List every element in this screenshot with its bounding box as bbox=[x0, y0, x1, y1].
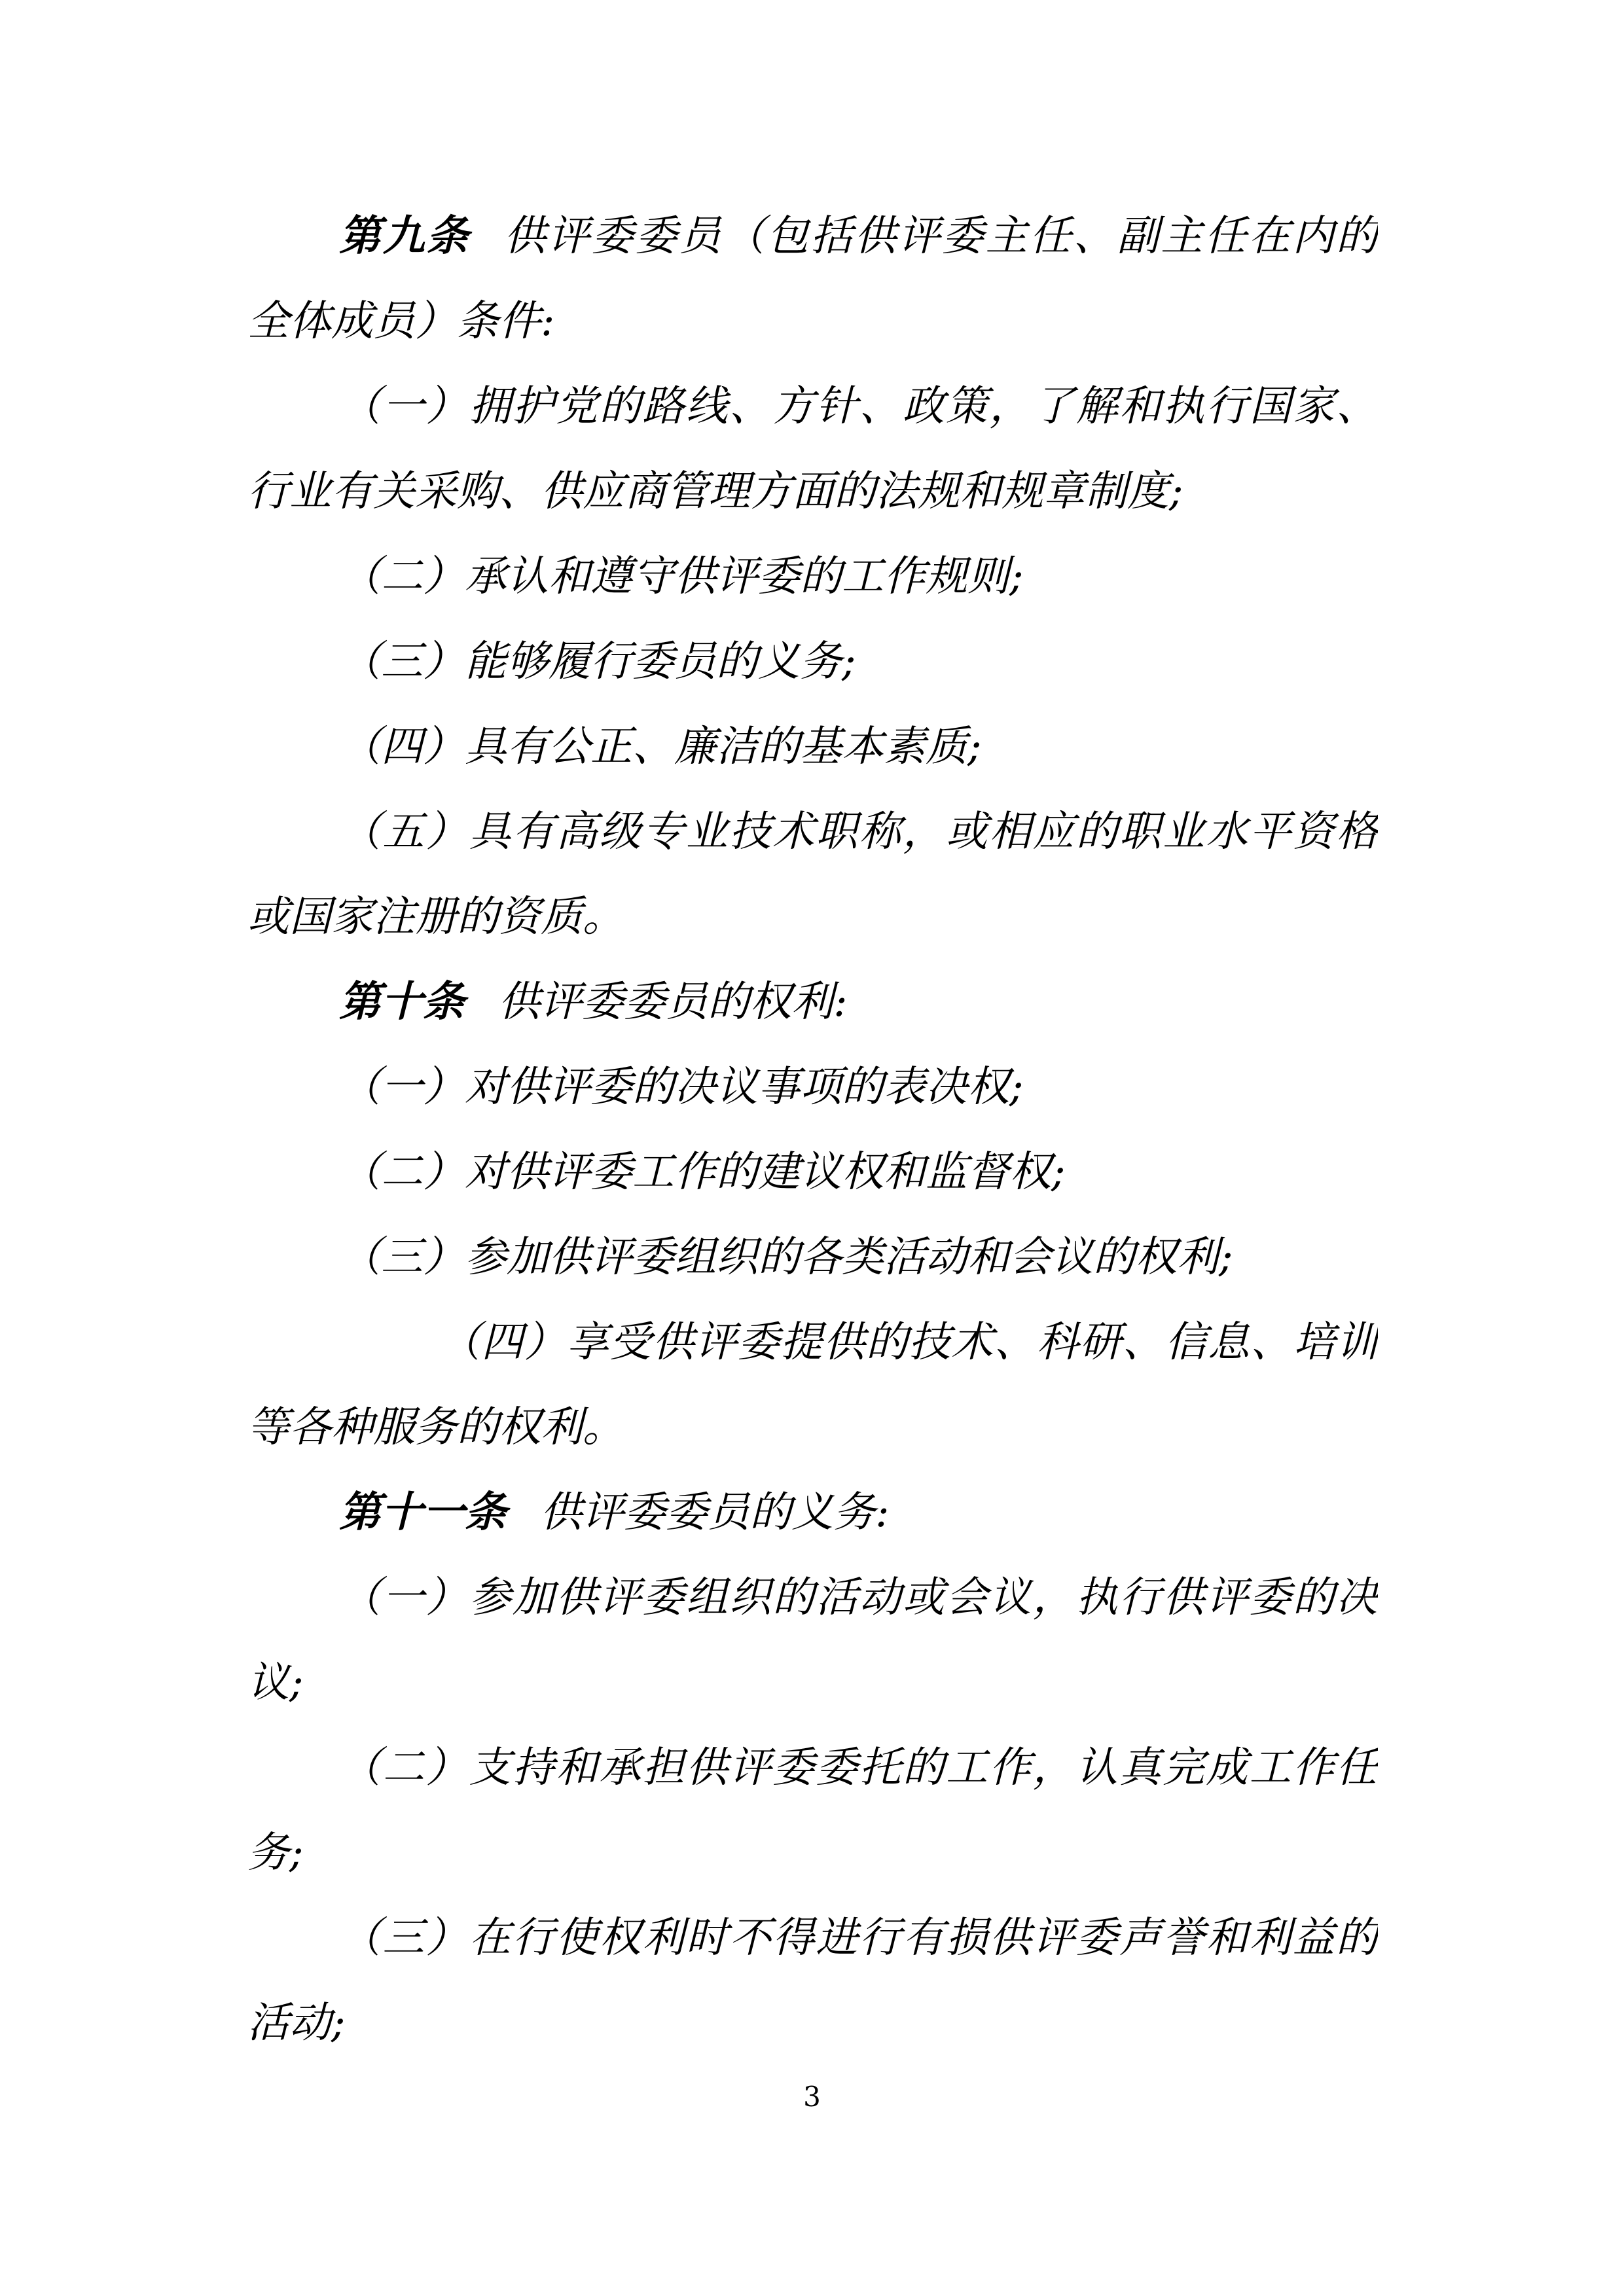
line-text: 务; bbox=[247, 1829, 304, 1877]
doc-line-6: （三）能够履行委员的义务; bbox=[247, 619, 1378, 704]
doc-line-22: 活动; bbox=[247, 1981, 1378, 2066]
line-text: 等各种服务的权利。 bbox=[247, 1403, 624, 1452]
line-text: （一）拥护党的路线、方针、政策，了解和执行国家、 bbox=[339, 382, 1378, 431]
line-text: （一）参加供评委组织的活动或会议，执行供评委的决 bbox=[339, 1573, 1378, 1622]
doc-line-1: 第九条供评委委员（包括供评委主任、副主任在内的 bbox=[247, 194, 1378, 279]
page-number: 3 bbox=[0, 2080, 1624, 2114]
doc-line-8: （五）具有高级专业技术职称，或相应的职业水平资格 bbox=[247, 789, 1378, 874]
doc-line-15: 等各种服务的权利。 bbox=[247, 1385, 1378, 1470]
article-10-number: 第十条 bbox=[339, 977, 465, 1026]
document-page: 第九条供评委委员（包括供评委主任、副主任在内的 全体成员）条件: （一）拥护党的… bbox=[0, 0, 1624, 2296]
doc-line-12: （二）对供评委工作的建议权和监督权; bbox=[247, 1130, 1378, 1215]
doc-line-7: （四）具有公正、廉洁的基本素质; bbox=[247, 704, 1378, 789]
doc-line-21: （三）在行使权利时不得进行有损供评委声誉和利益的 bbox=[247, 1895, 1378, 1981]
line-text: （一）对供评委的决议事项的表决权; bbox=[339, 1063, 1024, 1111]
doc-line-14: （四）享受供评委提供的技术、科研、信息、培训 bbox=[247, 1300, 1378, 1385]
doc-line-20: 务; bbox=[247, 1810, 1378, 1895]
line-text: （三）在行使权利时不得进行有损供评委声誉和利益的 bbox=[339, 1914, 1378, 1962]
doc-line-11: （一）对供评委的决议事项的表决权; bbox=[247, 1045, 1378, 1130]
doc-line-18: 议; bbox=[247, 1640, 1378, 1725]
doc-line-16: 第十一条供评委委员的义务: bbox=[247, 1470, 1378, 1555]
line-text: （三）参加供评委组织的各类活动和会议的权利; bbox=[339, 1233, 1233, 1282]
line-text: 全体成员）条件: bbox=[247, 297, 555, 346]
line-text: 行业有关采购、供应商管理方面的法规和规章制度; bbox=[247, 467, 1183, 516]
doc-line-9: 或国家注册的资质。 bbox=[247, 874, 1378, 960]
line-text: （二）对供评委工作的建议权和监督权; bbox=[339, 1148, 1066, 1196]
doc-line-17: （一）参加供评委组织的活动或会议，执行供评委的决 bbox=[247, 1555, 1378, 1640]
line-text: （四）具有公正、廉洁的基本素质; bbox=[339, 723, 982, 771]
doc-line-13: （三）参加供评委组织的各类活动和会议的权利; bbox=[247, 1215, 1378, 1300]
doc-line-2: 全体成员）条件: bbox=[247, 279, 1378, 364]
doc-line-3: （一）拥护党的路线、方针、政策，了解和执行国家、 bbox=[247, 364, 1378, 449]
article-11-number: 第十一条 bbox=[339, 1488, 507, 1537]
doc-line-4: 行业有关采购、供应商管理方面的法规和规章制度; bbox=[247, 449, 1378, 534]
line-text: （五）具有高级专业技术职称，或相应的职业水平资格 bbox=[339, 808, 1378, 856]
line-text: 供评委委员的义务: bbox=[540, 1488, 890, 1537]
doc-line-19: （二）支持和承担供评委委托的工作，认真完成工作任 bbox=[247, 1725, 1378, 1810]
line-text: 或国家注册的资质。 bbox=[247, 893, 624, 941]
article-9-number: 第九条 bbox=[339, 211, 471, 260]
line-text: （二）支持和承担供评委委托的工作，认真完成工作任 bbox=[339, 1744, 1378, 1792]
doc-line-10: 第十条供评委委员的权利: bbox=[247, 960, 1378, 1045]
line-text: 供评委委员的权利: bbox=[498, 978, 848, 1026]
doc-line-5: （二）承认和遵守供评委的工作规则; bbox=[247, 534, 1378, 619]
document-body: 第九条供评委委员（包括供评委主任、副主任在内的 全体成员）条件: （一）拥护党的… bbox=[247, 194, 1378, 2066]
line-text: （二）承认和遵守供评委的工作规则; bbox=[339, 552, 1024, 601]
line-text: 议; bbox=[247, 1659, 304, 1707]
line-text: （四）享受供评委提供的技术、科研、信息、培训 bbox=[439, 1318, 1378, 1367]
line-text: 供评委委员（包括供评委主任、副主任在内的 bbox=[504, 212, 1378, 260]
line-text: 活动; bbox=[247, 1999, 346, 2047]
line-text: （三）能够履行委员的义务; bbox=[339, 637, 856, 686]
